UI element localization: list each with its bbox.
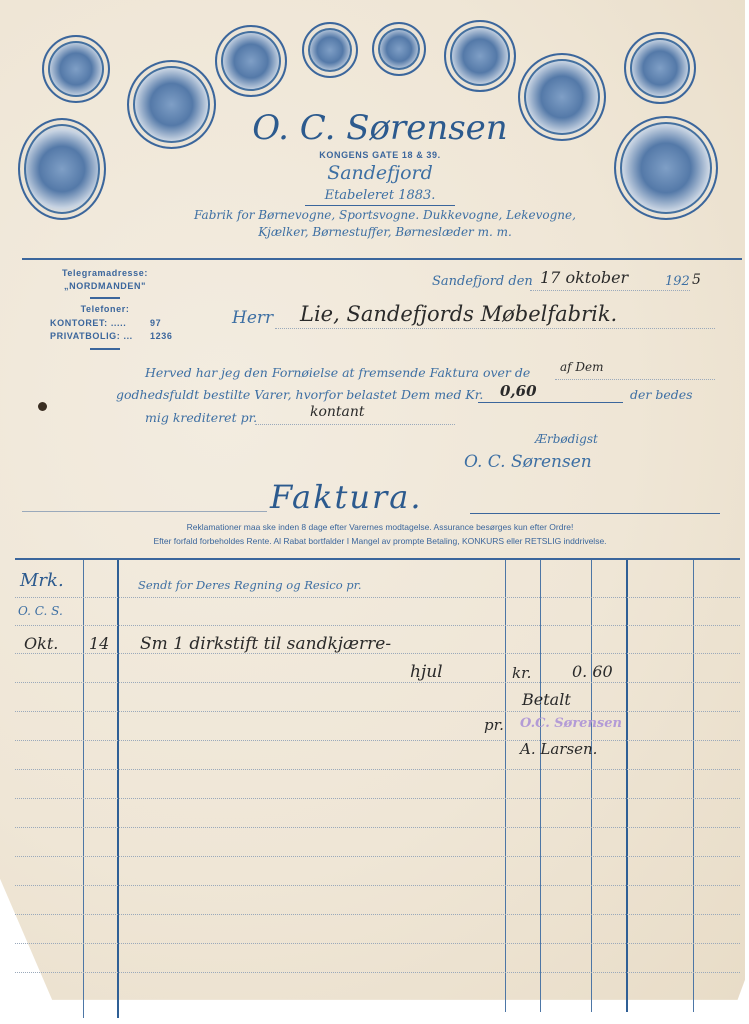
closing-signature: O. C. Sørensen [464,452,592,472]
company-name: O. C. Sørensen [170,108,590,148]
table-row-line [15,740,740,741]
contact-divider [90,297,120,299]
row-day: 14 [89,634,109,653]
company-address: KONGENS GATE 18 & 39. [170,150,590,160]
column-divider [505,560,506,1012]
date-field-line [530,290,690,291]
phones-label: Telefoner: [30,304,180,314]
letterhead-divider [22,258,742,260]
title-underline [470,513,720,514]
column-divider [540,560,541,1012]
private-phone-label: PRIVATBOLIG: ... [50,331,133,341]
terms-line-2: Efter forfald forbeholdes Rente. Al Raba… [20,536,740,546]
date-prefix: Sandefjord den [432,274,533,289]
table-row-line [15,769,740,770]
punch-hole [38,402,47,411]
office-phone-number: 97 [150,318,161,328]
recipient-name: Lie, Sandefjords Møbelfabrik. [300,302,617,326]
established-underline [305,205,455,206]
amount-underline [478,402,623,403]
table-row-line [15,885,740,886]
medal-icon [624,32,696,104]
contact-divider-bottom [90,348,120,350]
private-phone-number: 1236 [150,331,172,341]
table-row-line [15,856,740,857]
telegram-value: „NORDMANDEN" [30,281,180,291]
row-month: Okt. [24,634,58,653]
column-divider [591,560,592,1012]
column-divider [626,560,628,1012]
payment-method: kontant [310,404,365,420]
year-printed: 192 [665,274,690,289]
header-sent: Sendt for Deres Regning og Resico pr. [138,578,362,592]
body-line-1-rule [555,379,715,380]
table-row-line [15,943,740,944]
body-line-2b: der bedes [630,387,693,402]
invoice-amount: 0,60 [500,382,537,400]
medal-icon [215,25,287,97]
medal-icon [614,116,718,220]
row-description-1: Sm 1 dirkstift til sandkjærre- [140,634,391,654]
company-stamp: O.C. Sørensen [520,716,622,731]
recipient-prefix: Herr [232,308,273,328]
row-unit: kr. [512,664,531,682]
paid-signature: A. Larsen. [520,740,597,758]
table-row-line [15,597,740,598]
row-description-2: hjul [410,662,443,682]
table-top-border [15,558,740,560]
mark-value: O. C. S. [18,604,63,618]
table-row-line [15,972,740,973]
table-row-line [15,625,740,626]
office-phone-label: KONTORET: ..... [50,318,126,328]
products-line-1: Fabrik for Børnevogne, Sportsvogne. Dukk… [140,208,630,222]
table-row-line [15,711,740,712]
body-line-2a: godhedsfuldt bestilte Varer, hvorfor bel… [116,387,483,402]
table-row-line [15,914,740,915]
header-mark: Mrk. [20,570,64,591]
medal-icon [42,35,110,103]
body-line-3: mig krediteret pr. [145,410,257,425]
document-title: Faktura. [270,478,423,516]
column-divider [117,560,119,1018]
row-amount: 0. 60 [572,662,613,681]
column-divider [83,560,84,1018]
table-row-line [15,827,740,828]
company-city: Sandefjord [170,162,590,184]
table-row-line [15,798,740,799]
closing-salutation: Ærbødigst [535,432,598,446]
body-line-1: Herved har jeg den Fornøielse at fremsen… [145,365,530,380]
per-prefix: pr. [484,716,504,734]
established-year: Etabeleret 1883. [170,188,590,203]
title-left-line [22,511,267,512]
medal-icon [444,20,516,92]
paid-note: Betalt [522,690,571,709]
column-divider [693,560,694,1012]
year-handwritten: 5 [692,272,701,288]
body-line-1-handwritten: af Dem [560,360,604,374]
terms-line-1: Reklamationer maa ske inden 8 dage efter… [20,522,740,532]
medal-icon [372,22,426,76]
medal-icon [302,22,358,78]
table-row-line [15,682,740,683]
recipient-field-line [275,328,715,329]
body-line-3-rule [255,424,455,425]
products-line-2: Kjælker, Børnestuffer, Børneslæder m. m. [140,225,630,239]
telegram-label: Telegramadresse: [30,268,180,278]
medal-icon [18,118,106,220]
date-handwritten: 17 oktober [540,268,628,287]
